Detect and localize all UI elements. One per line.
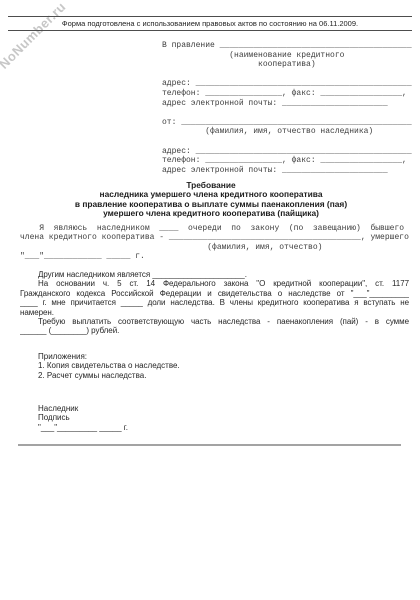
form-preparation-note: Форма подготовлена с использованием прав… bbox=[8, 16, 412, 31]
body-line: Требую выплатить соответствующую часть н… bbox=[20, 317, 409, 326]
body-line: намерен. bbox=[20, 308, 409, 317]
intro-line: Я являюсь наследником ____ очереди по за… bbox=[20, 224, 409, 233]
bottom-divider bbox=[18, 444, 401, 446]
recipient-line: телефон: ________________, факс: _______… bbox=[162, 89, 412, 99]
signature-block: Наследник Подпись "___"_________ _____ г… bbox=[38, 404, 128, 432]
signature-label: Подпись bbox=[38, 413, 128, 422]
attachment-item: 1. Копия свидетельства о наследстве. bbox=[38, 361, 180, 370]
signature-role: Наследник bbox=[38, 404, 128, 413]
watermark: NoNumber.ru bbox=[0, 0, 69, 72]
intro-paragraph: Я являюсь наследником ____ очереди по за… bbox=[20, 224, 409, 262]
signature-date: "___"_________ _____ г. bbox=[38, 423, 128, 432]
document-title: Требование наследника умершего члена кре… bbox=[16, 181, 406, 219]
recipient-line: адрес электронной почты: _______________… bbox=[162, 99, 412, 109]
recipient-line bbox=[162, 137, 412, 147]
body-line: Гражданского кодекса Российской Федераци… bbox=[20, 289, 409, 298]
recipient-block: В правление ____________________________… bbox=[162, 41, 412, 175]
body-line: На основании ч. 5 ст. 14 Федерального за… bbox=[20, 279, 409, 288]
intro-line: "___"____________ _____ г. bbox=[20, 252, 409, 261]
intro-line: члена кредитного кооператива - _________… bbox=[20, 233, 409, 242]
attachments-title: Приложения: bbox=[38, 352, 180, 361]
document-sheet: NoNumber.ru Форма подготовлена с использ… bbox=[0, 0, 420, 600]
body-line: Другим наследником является ____________… bbox=[20, 270, 409, 279]
body-line: ____ г. мне причитается _____ доли насле… bbox=[20, 298, 409, 307]
recipient-line bbox=[162, 108, 412, 118]
recipient-line: от: ____________________________________… bbox=[162, 118, 412, 128]
recipient-line bbox=[162, 70, 412, 80]
recipient-line: адрес: _________________________________… bbox=[162, 79, 412, 89]
attachments-block: Приложения: 1. Копия свидетельства о нас… bbox=[38, 352, 180, 380]
body-paragraphs: Другим наследником является ____________… bbox=[20, 270, 409, 336]
body-line: ______ (________) рублей. bbox=[20, 326, 409, 335]
attachment-item: 2. Расчет суммы наследства. bbox=[38, 371, 180, 380]
recipient-line: кооператива) bbox=[162, 60, 412, 70]
title-line: умершего члена кредитного кооператива (п… bbox=[16, 209, 406, 218]
recipient-line: (фамилия, имя, отчество наследника) bbox=[162, 127, 412, 137]
recipient-line: адрес: _________________________________… bbox=[162, 147, 412, 157]
recipient-line: телефон: ________________, факс: _______… bbox=[162, 156, 412, 166]
recipient-line: (наименование кредитного bbox=[162, 51, 412, 61]
recipient-line: В правление ____________________________… bbox=[162, 41, 412, 51]
intro-line: (фамилия, имя, отчество) bbox=[20, 243, 409, 252]
recipient-line: адрес электронной почты: _______________… bbox=[162, 166, 412, 176]
